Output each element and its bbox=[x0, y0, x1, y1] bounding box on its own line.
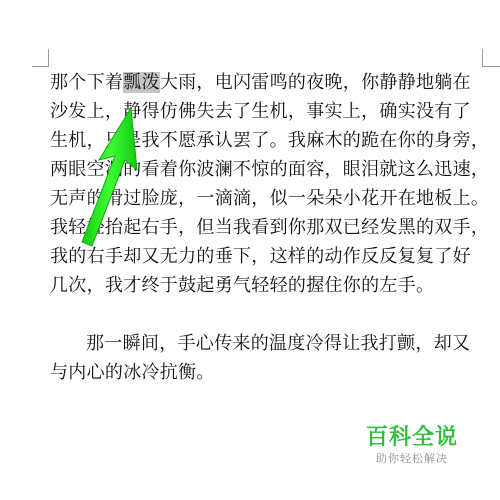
paragraph-1-line-3: 生机，只是我不愿承认罢了。我麻木的跪在你的身旁， bbox=[50, 126, 490, 155]
paragraph-2-line-2: 与内心的冰冷抗衡。 bbox=[50, 358, 490, 387]
watermark-logo: 百科全说 助你轻松解决 bbox=[366, 425, 458, 467]
page-margin-corner-top-left bbox=[32, 49, 49, 67]
watermark-title: 百科全说 bbox=[366, 425, 458, 451]
page-margin-corner-top-right bbox=[482, 49, 500, 67]
paragraph-1-line-7: 我的右手却又无力的垂下，这样的动作反反复复了好 bbox=[50, 242, 490, 271]
selected-text-highlight[interactable]: 瓢泼 bbox=[123, 72, 160, 93]
watermark-subtitle: 助你轻松解决 bbox=[366, 451, 458, 467]
document-body[interactable]: 那个下着瓢泼大雨，电闪雷鸣的夜晚，你静静地躺在 沙发上，静得仿佛失去了生机，事实… bbox=[50, 68, 490, 387]
paragraph-1-line-4: 两眼空洞的看着你波澜不惊的面容，眼泪就这么迅速， bbox=[50, 155, 490, 184]
paragraph-spacing bbox=[50, 300, 490, 329]
text-run: 那个下着 bbox=[50, 72, 123, 93]
paragraph-1-line-1: 那个下着瓢泼大雨，电闪雷鸣的夜晚，你静静地躺在 bbox=[50, 68, 490, 97]
paragraph-1-line-8: 几次，我才终于鼓起勇气轻轻的握住你的左手。 bbox=[50, 271, 490, 300]
text-run: 大雨，电闪雷鸣的夜晚，你静静地躺在 bbox=[160, 72, 471, 93]
paragraph-1-line-5: 无声的滑过脸庞，一滴滴，似一朵朵小花开在地板上。 bbox=[50, 184, 490, 213]
paragraph-1-line-6: 我轻轻抬起右手，但当我看到你那双已经发黑的双手， bbox=[50, 213, 490, 242]
paragraph-2-line-1: 那一瞬间，手心传来的温度冷得让我打颤，却又 bbox=[50, 329, 490, 358]
paragraph-1-line-2: 沙发上，静得仿佛失去了生机，事实上，确实没有了 bbox=[50, 97, 490, 126]
